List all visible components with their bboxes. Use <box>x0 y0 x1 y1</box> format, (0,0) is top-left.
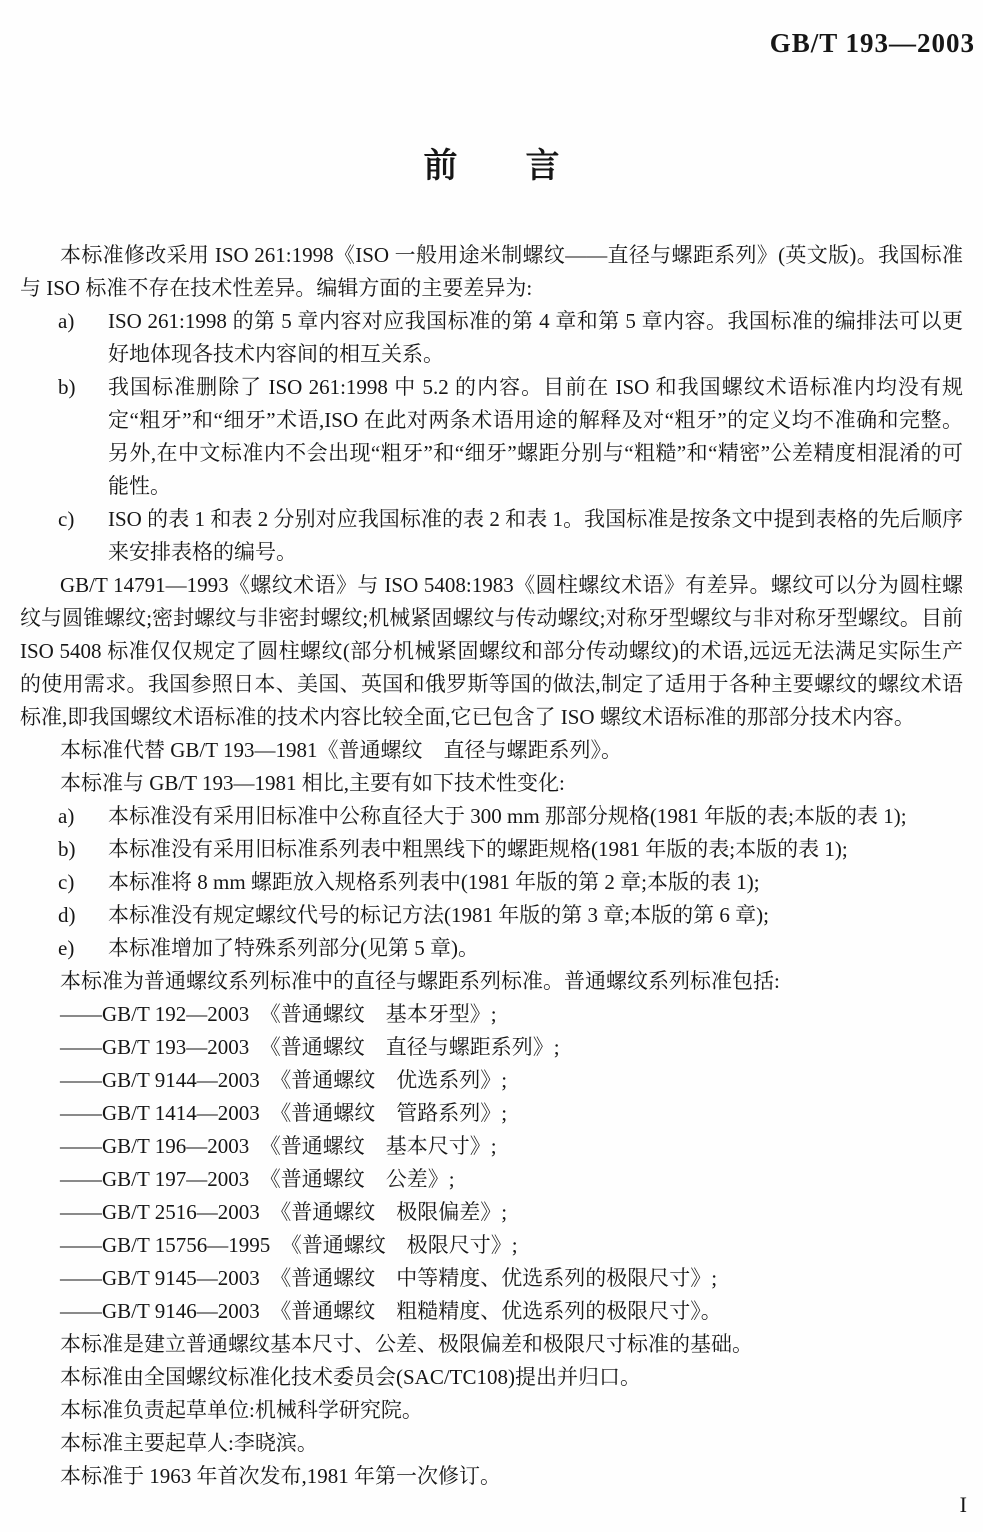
standard-ref: ——GB/T 9146—2003 《普通螺纹 粗糙精度、优选系列的极限尺寸》。 <box>20 1295 963 1328</box>
standard-ref: ——GB/T 9144—2003 《普通螺纹 优选系列》; <box>20 1064 963 1097</box>
closing-basis: 本标准是建立普通螺纹基本尺寸、公差、极限偏差和极限尺寸标准的基础。 <box>20 1328 963 1361</box>
standard-ref: ——GB/T 1414—2003 《普通螺纹 管路系列》; <box>20 1097 963 1130</box>
standard-ref: ——GB/T 2516—2003 《普通螺纹 极限偏差》; <box>20 1196 963 1229</box>
page-number: I <box>960 1492 967 1518</box>
closing-drafter: 本标准主要起草人:李晓滨。 <box>20 1427 963 1460</box>
item-label: c) <box>58 503 74 536</box>
replaces-paragraph: 本标准代替 GB/T 193—1981《普通螺纹 直径与螺距系列》。 <box>20 734 963 767</box>
foreword-body: 本标准修改采用 ISO 261:1998《ISO 一般用途米制螺纹——直径与螺距… <box>20 239 963 1493</box>
item-text: ISO 261:1998 的第 5 章内容对应我国标准的第 4 章和第 5 章内… <box>108 309 963 366</box>
closing-drafting-unit: 本标准负责起草单位:机械科学研究院。 <box>20 1394 963 1427</box>
intro-paragraph: 本标准修改采用 ISO 261:1998《ISO 一般用途米制螺纹——直径与螺距… <box>20 239 963 305</box>
changes-intro-paragraph: 本标准与 GB/T 193—1981 相比,主要有如下技术性变化: <box>20 767 963 800</box>
item-label: d) <box>58 899 76 932</box>
change-item-b: b) 本标准没有采用旧标准系列表中粗黑线下的螺距规格(1981 年版的表;本版的… <box>20 833 963 866</box>
change-item-d: d) 本标准没有规定螺纹代号的标记方法(1981 年版的第 3 章;本版的第 6… <box>20 899 963 932</box>
item-label: b) <box>58 371 76 404</box>
closing-history: 本标准于 1963 年首次发布,1981 年第一次修订。 <box>20 1460 963 1493</box>
standard-code: GB/T 193—2003 <box>770 28 975 59</box>
item-text: 本标准没有采用旧标准系列表中粗黑线下的螺距规格(1981 年版的表;本版的表 1… <box>108 837 848 861</box>
item-text: ISO 的表 1 和表 2 分别对应我国标准的表 2 和表 1。我国标准是按条文… <box>108 507 963 564</box>
page-title: 前 言 <box>0 138 983 187</box>
item-text: 本标准没有规定螺纹代号的标记方法(1981 年版的第 3 章;本版的第 6 章)… <box>108 903 769 927</box>
iso-diff-item-b: b) 我国标准删除了 ISO 261:1998 中 5.2 的内容。目前在 IS… <box>20 371 963 503</box>
standard-ref: ——GB/T 193—2003 《普通螺纹 直径与螺距系列》; <box>20 1031 963 1064</box>
standard-ref: ——GB/T 9145—2003 《普通螺纹 中等精度、优选系列的极限尺寸》; <box>20 1262 963 1295</box>
iso-diff-item-c: c) ISO 的表 1 和表 2 分别对应我国标准的表 2 和表 1。我国标准是… <box>20 503 963 569</box>
item-text: 我国标准删除了 ISO 261:1998 中 5.2 的内容。目前在 ISO 和… <box>108 375 963 498</box>
standard-ref: ——GB/T 15756—1995 《普通螺纹 极限尺寸》; <box>20 1229 963 1262</box>
item-label: a) <box>58 800 74 833</box>
change-item-c: c) 本标准将 8 mm 螺距放入规格系列表中(1981 年版的第 2 章;本版… <box>20 866 963 899</box>
standard-ref: ——GB/T 196—2003 《普通螺纹 基本尺寸》; <box>20 1130 963 1163</box>
item-text: 本标准增加了特殊系列部分(见第 5 章)。 <box>108 936 479 960</box>
document-page: GB/T 193—2003 前 言 本标准修改采用 ISO 261:1998《I… <box>0 0 983 1532</box>
item-label: a) <box>58 305 74 338</box>
change-item-e: e) 本标准增加了特殊系列部分(见第 5 章)。 <box>20 932 963 965</box>
item-label: e) <box>58 932 74 965</box>
closing-committee: 本标准由全国螺纹标准化技术委员会(SAC/TC108)提出并归口。 <box>20 1361 963 1394</box>
item-label: c) <box>58 866 74 899</box>
iso-diff-item-a: a) ISO 261:1998 的第 5 章内容对应我国标准的第 4 章和第 5… <box>20 305 963 371</box>
item-label: b) <box>58 833 76 866</box>
terms-paragraph: GB/T 14791—1993《螺纹术语》与 ISO 5408:1983《圆柱螺… <box>20 569 963 734</box>
standard-ref: ——GB/T 197—2003 《普通螺纹 公差》; <box>20 1163 963 1196</box>
item-text: 本标准没有采用旧标准中公称直径大于 300 mm 那部分规格(1981 年版的表… <box>108 804 907 828</box>
change-item-a: a) 本标准没有采用旧标准中公称直径大于 300 mm 那部分规格(1981 年… <box>20 800 963 833</box>
series-intro-paragraph: 本标准为普通螺纹系列标准中的直径与螺距系列标准。普通螺纹系列标准包括: <box>20 965 963 998</box>
standard-ref: ——GB/T 192—2003 《普通螺纹 基本牙型》; <box>20 998 963 1031</box>
item-text: 本标准将 8 mm 螺距放入规格系列表中(1981 年版的第 2 章;本版的表 … <box>108 870 760 894</box>
